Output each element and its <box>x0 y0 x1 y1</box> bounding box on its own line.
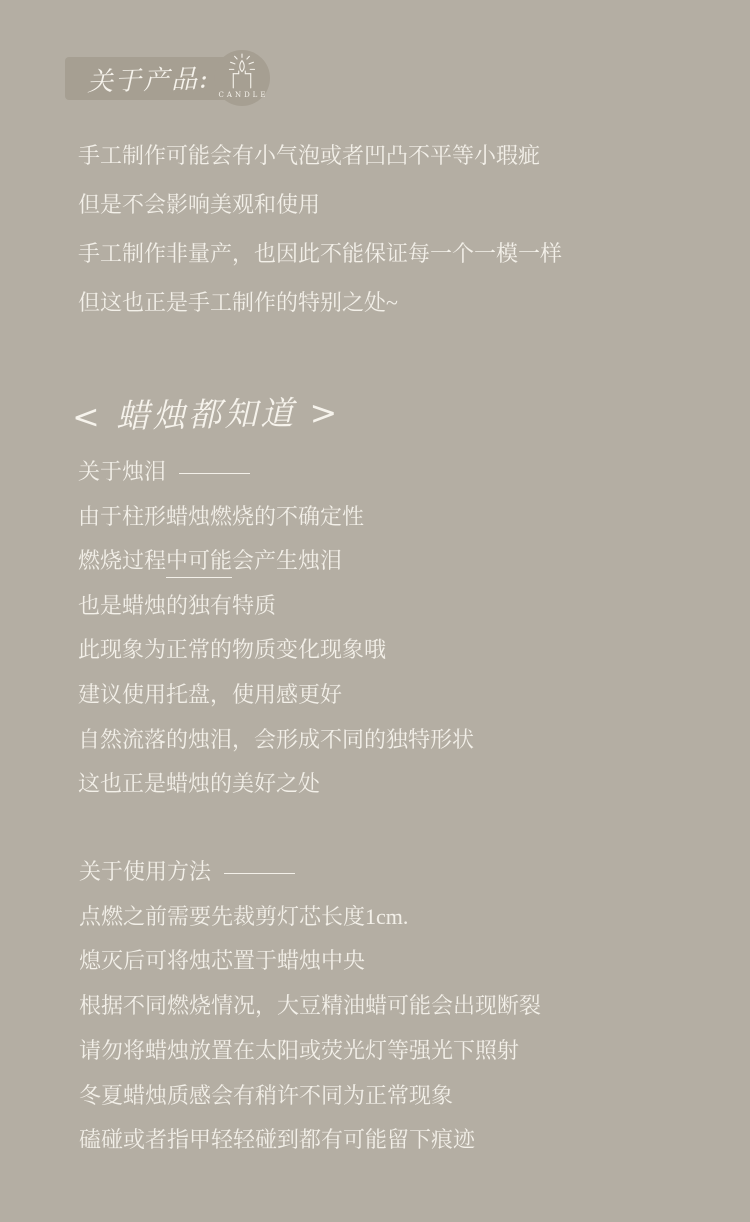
tears-heading-label: 关于烛泪 <box>78 450 166 495</box>
tears-line-post: 会产生烛泪 <box>232 548 342 573</box>
header-title: 关于产品: <box>87 58 211 98</box>
tears-line: 这也正是蜡烛的美好之处 <box>78 762 474 807</box>
tears-section: 关于烛泪 由于柱形蜡烛燃烧的不确定性 燃烧过程中可能会产生烛泪 也是蜡烛的独有特… <box>78 450 474 807</box>
heading-rule <box>224 873 295 874</box>
usage-line: 冬夏蜡烛质感会有稍许不同为正常现象 <box>79 1074 541 1119</box>
product-description-page: 关于产品: CANDLE 手工制作可能会有小气泡或者凹凸不平等小瑕疵 但是不会影… <box>0 0 750 1222</box>
intro-line: 手工制作可能会有小气泡或者凹凸不平等小瑕疵 <box>78 131 562 180</box>
tears-heading: 关于烛泪 <box>78 450 474 495</box>
usage-line: 根据不同燃烧情况，大豆精油蜡可能会出现断裂 <box>79 984 541 1029</box>
usage-line: 熄灭后可将烛芯置于蜡烛中央 <box>79 939 541 984</box>
usage-line: 点燃之前需要先裁剪灯芯长度1cm. <box>79 895 541 940</box>
tears-line: 自然流落的烛泪，会形成不同的独特形状 <box>78 718 474 763</box>
usage-section: 关于使用方法 点燃之前需要先裁剪灯芯长度1cm. 熄灭后可将烛芯置于蜡烛中央 根… <box>79 850 541 1163</box>
tears-line: 由于柱形蜡烛燃烧的不确定性 <box>78 495 474 540</box>
usage-line: 请勿将蜡烛放置在太阳或荧光灯等强光下照射 <box>79 1029 541 1074</box>
brand-logo: CANDLE <box>214 50 270 106</box>
section-heading-candles-know: < 蜡烛都知道 > <box>72 389 341 442</box>
brand-logo-label: CANDLE <box>214 91 270 99</box>
intro-line: 手工制作非量产，也因此不能保证每一个一模一样 <box>78 229 562 278</box>
heading-rule <box>179 473 250 474</box>
tears-line: 也是蜡烛的独有特质 <box>78 584 474 629</box>
usage-line: 磕碰或者指甲轻轻碰到都有可能留下痕迹 <box>79 1118 541 1163</box>
tears-line: 建议使用托盘，使用感更好 <box>78 673 474 718</box>
usage-heading-label: 关于使用方法 <box>79 850 211 895</box>
tears-line: 此现象为正常的物质变化现象哦 <box>78 628 474 673</box>
tears-line-pre: 燃烧过程 <box>78 548 166 573</box>
intro-line: 但这也正是手工制作的特别之处~ <box>78 278 562 327</box>
underlined-text: 中可能 <box>166 548 232 578</box>
intro-line: 但是不会影响美观和使用 <box>78 180 562 229</box>
tears-line: 燃烧过程中可能会产生烛泪 <box>78 539 474 584</box>
candle-icon <box>226 53 258 89</box>
intro-paragraph: 手工制作可能会有小气泡或者凹凸不平等小瑕疵 但是不会影响美观和使用 手工制作非量… <box>78 131 562 327</box>
usage-heading: 关于使用方法 <box>79 850 541 895</box>
